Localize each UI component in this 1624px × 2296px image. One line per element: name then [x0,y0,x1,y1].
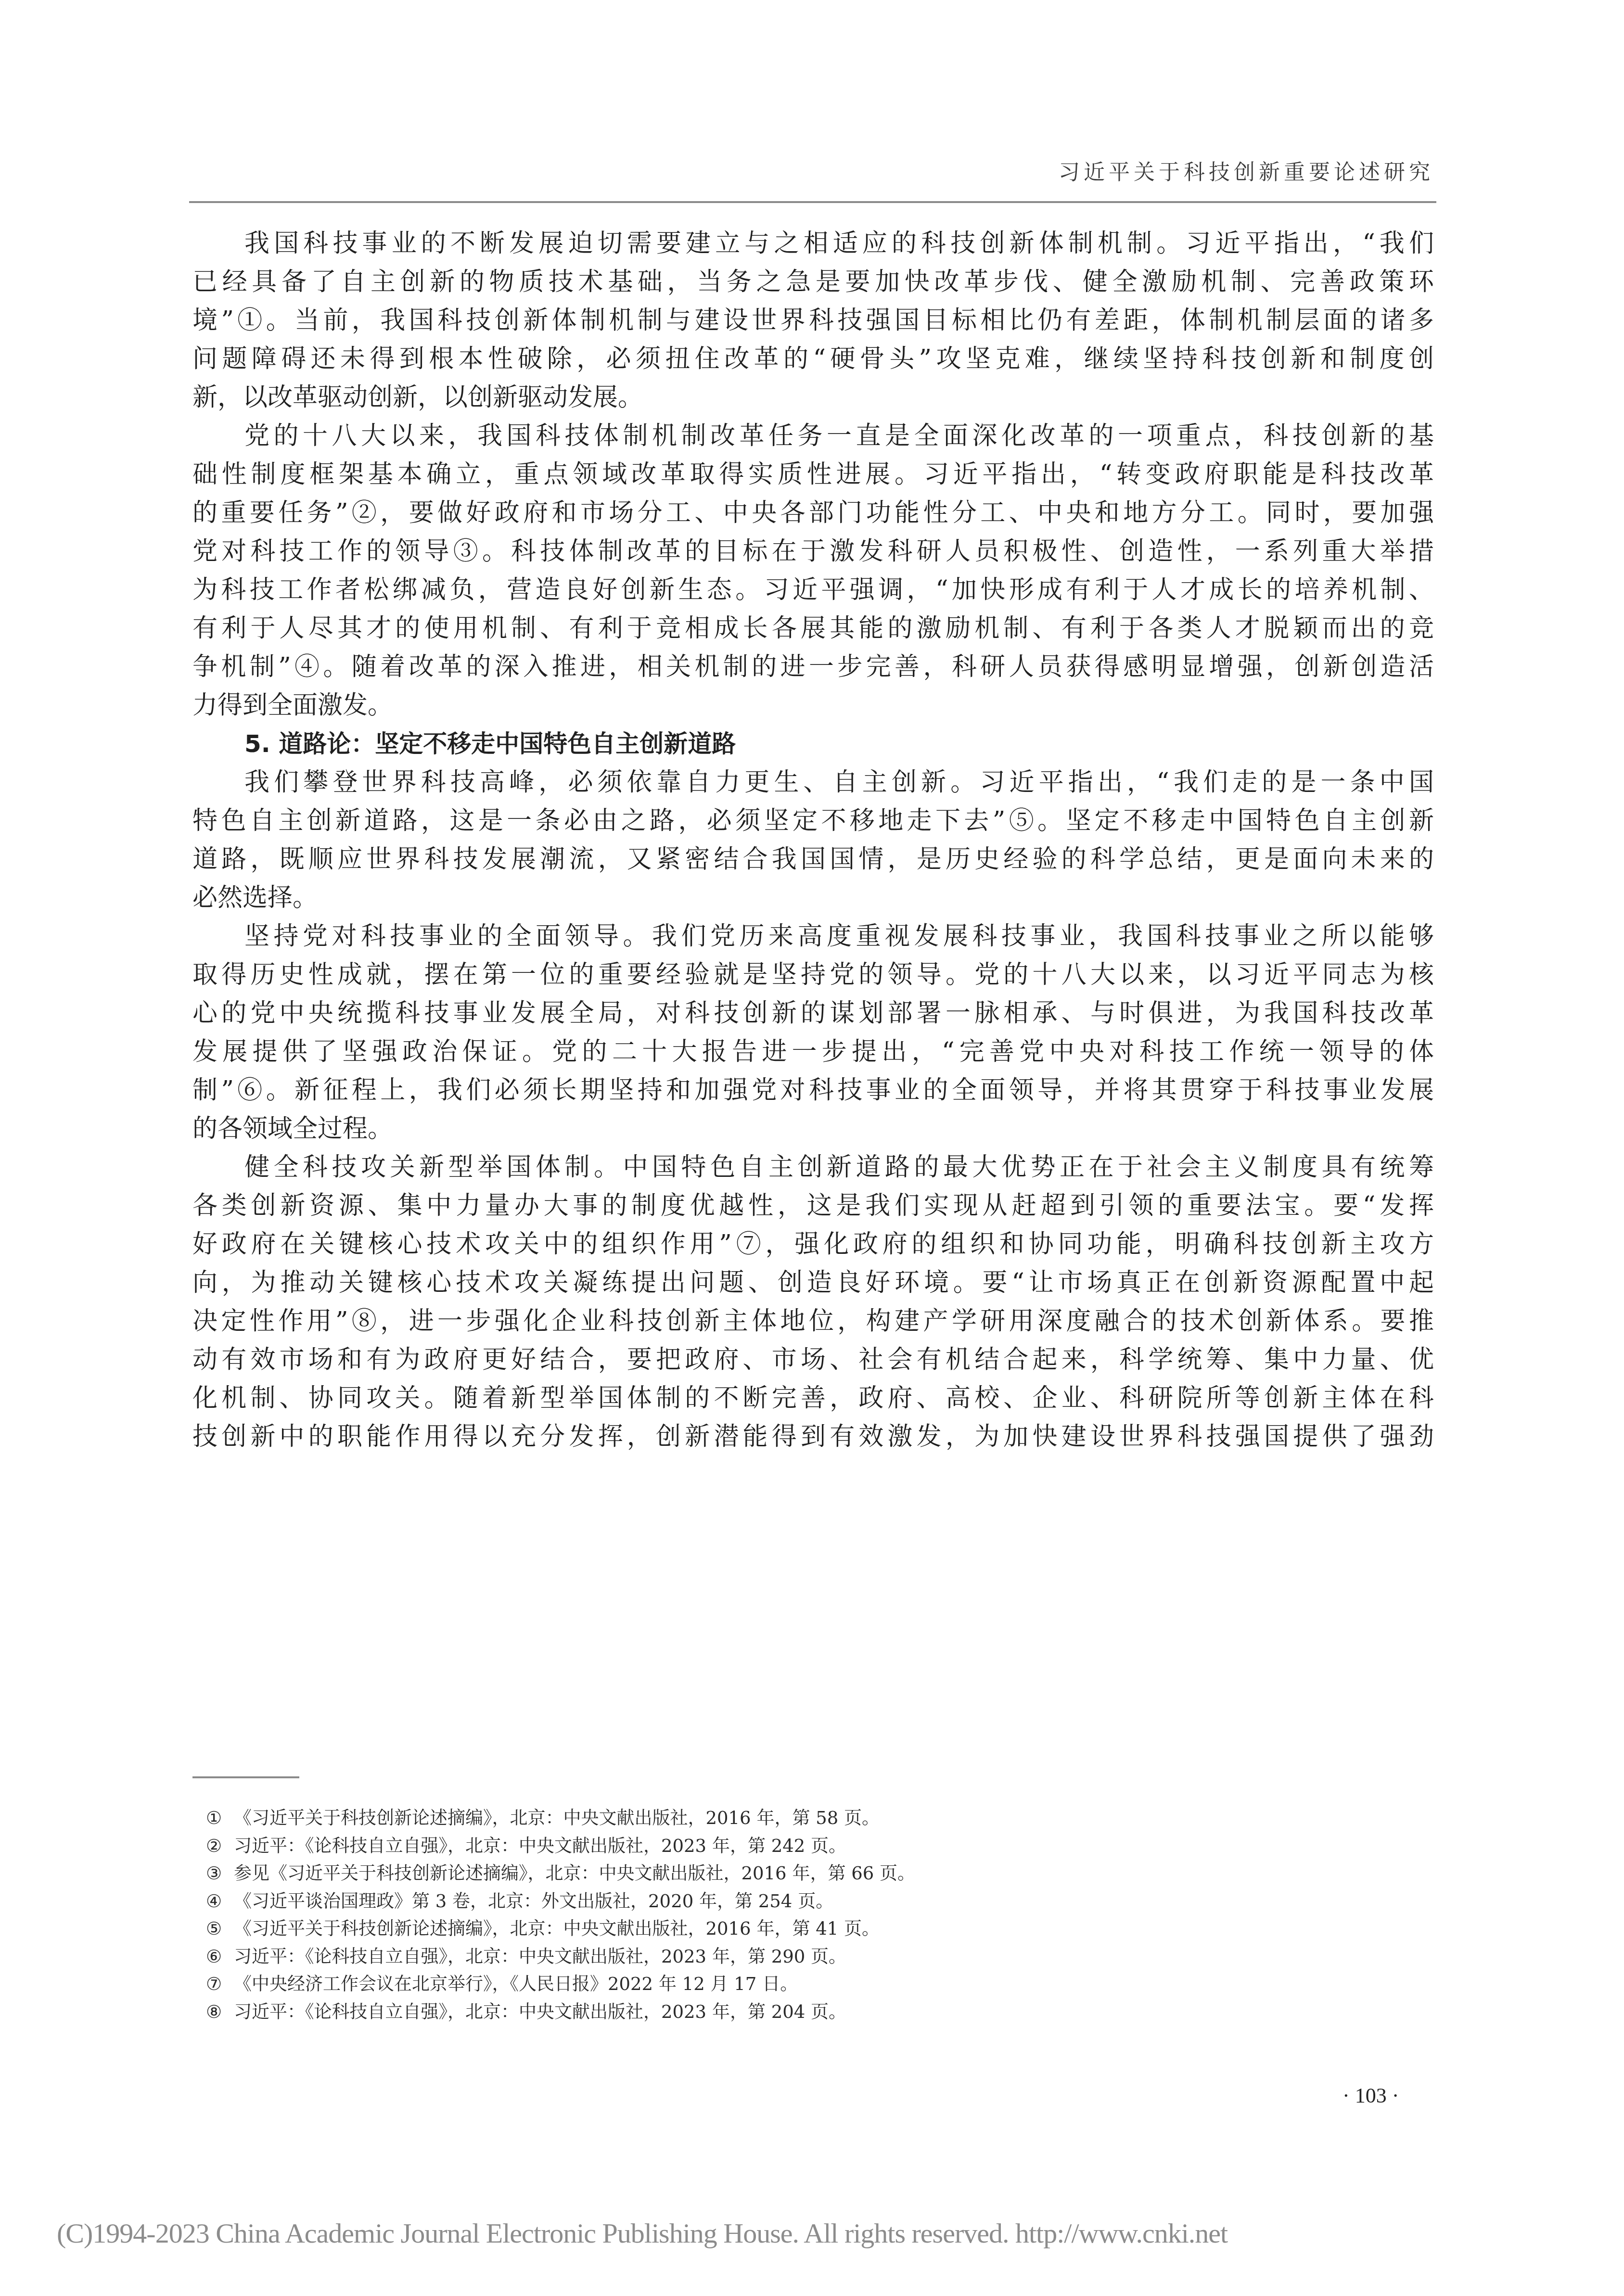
page-number: · 103 · [1343,2083,1399,2108]
footnote-text: 《习近平关于科技创新论述摘编》，北京：中央文献出版社，2016 年，第 58 页… [234,1808,880,1828]
paragraph-3: 我们攀登世界科技高峰，必须依靠自力更生、自主创新。习近平指出，“我们走的是一条中… [192,763,1434,917]
footnote-1: ①《习近平关于科技创新论述摘编》，北京：中央文献出版社，2016 年，第 58 … [206,1804,1409,1832]
footnote-text: 习近平：《论科技自立自强》，北京：中央文献出版社，2023 年，第 204 页。 [234,2002,846,2022]
footnote-text: 习近平：《论科技自立自强》，北京：中央文献出版社，2023 年，第 290 页。 [234,1946,846,1967]
text-line: 发展提供了坚强政治保证。党的二十大报告进一步提出，“完善党中央对科技工作统一领导… [192,1033,1434,1071]
footnote-7: ⑦《中央经济工作会议在北京举行》，《人民日报》2022 年 12 月 17 日。 [206,1970,1409,1998]
text-line: 健全科技攻关新型举国体制。中国特色自主创新道路的最大优势正在于社会主义制度具有统… [192,1148,1434,1186]
text-line: 新，以改革驱动创新，以创新驱动发展。 [192,378,1434,417]
text-line: 础性制度框架基本确立，重点领域改革取得实质性进展。习近平指出，“转变政府职能是科… [192,455,1434,494]
paragraph-1: 我国科技事业的不断发展迫切需要建立与之相适应的科技创新体制机制。习近平指出，“我… [192,224,1434,417]
footnote-2: ②习近平：《论科技自立自强》，北京：中央文献出版社，2023 年，第 242 页… [206,1832,1409,1860]
text-line: 的各领域全过程。 [192,1110,1434,1148]
paragraph-5: 健全科技攻关新型举国体制。中国特色自主创新道路的最大优势正在于社会主义制度具有统… [192,1148,1434,1456]
footnote-text: 《习近平关于科技创新论述摘编》，北京：中央文献出版社，2016 年，第 41 页… [234,1918,880,1939]
text-line: 问题障碍还未得到根本性破除，必须扭住改革的“硬骨头”攻坚克难，继续坚持科技创新和… [192,340,1434,378]
footnote-text: 《习近平谈治国理政》第 3 卷，北京：外文出版社，2020 年，第 254 页。 [234,1891,833,1912]
footnote-text: 习近平：《论科技自立自强》，北京：中央文献出版社，2023 年，第 242 页。 [234,1836,846,1856]
text-line: 化机制、协同攻关。随着新型举国体制的不断完善，政府、高校、企业、科研院所等创新主… [192,1379,1434,1417]
footnote-3: ③参见《习近平关于科技创新论述摘编》，北京：中央文献出版社，2016 年，第 6… [206,1860,1409,1888]
text-line: 取得历史性成就，摆在第一位的重要经验就是坚持党的领导。党的十八大以来，以习近平同… [192,956,1434,994]
footnote-separator [192,1776,299,1778]
text-line: 坚持党对科技事业的全面领导。我们党历来高度重视发展科技事业，我国科技事业之所以能… [192,917,1434,956]
text-line: 各类创新资源、集中力量办大事的制度优越性，这是我们实现从赶超到引领的重要法宝。要… [192,1186,1434,1225]
text-line: 党的十八大以来，我国科技体制机制改革任务一直是全面深化改革的一项重点，科技创新的… [192,417,1434,455]
header-rule [189,201,1436,203]
footnote-mark: ⑥ [206,1943,234,1971]
section-heading-text: 5. 道路论：坚定不移走中国特色自主创新道路 [192,725,1434,763]
footnote-mark: ① [206,1804,234,1832]
article-body: 我国科技事业的不断发展迫切需要建立与之相适应的科技创新体制机制。习近平指出，“我… [192,224,1434,1456]
paragraph-2: 党的十八大以来，我国科技体制机制改革任务一直是全面深化改革的一项重点，科技创新的… [192,417,1434,725]
text-line: 必然选择。 [192,879,1434,917]
text-line: 我国科技事业的不断发展迫切需要建立与之相适应的科技创新体制机制。习近平指出，“我… [192,224,1434,263]
text-line: 我们攀登世界科技高峰，必须依靠自力更生、自主创新。习近平指出，“我们走的是一条中… [192,763,1434,802]
text-line: 动有效市场和有为政府更好结合，要把政府、市场、社会有机结合起来，科学统筹、集中力… [192,1340,1434,1379]
text-line: 技创新中的职能作用得以充分发挥，创新潜能得到有效激发，为加快建设世界科技强国提供… [192,1417,1434,1456]
text-line: 向，为推动关键核心技术攻关凝练提出问题、创造良好环境。要“让市场真正在创新资源配… [192,1263,1434,1302]
footnote-mark: ⑤ [206,1915,234,1943]
section-heading: 5. 道路论：坚定不移走中国特色自主创新道路 [192,725,1434,763]
footnote-5: ⑤《习近平关于科技创新论述摘编》，北京：中央文献出版社，2016 年，第 41 … [206,1915,1409,1943]
footnote-mark: ⑧ [206,1998,234,2026]
text-line: 党对科技工作的领导③。科技体制改革的目标在于激发科研人员积极性、创造性，一系列重… [192,532,1434,571]
text-line: 心的党中央统揽科技事业发展全局，对科技创新的谋划部署一脉相承、与时俱进，为我国科… [192,994,1434,1033]
text-line: 有利于人尽其才的使用机制、有利于竞相成长各展其能的激励机制、有利于各类人才脱颖而… [192,609,1434,648]
text-line: 的重要任务”②，要做好政府和市场分工、中央各部门功能性分工、中央和地方分工。同时… [192,494,1434,532]
text-line: 制”⑥。新征程上，我们必须长期坚持和加强党对科技事业的全面领导，并将其贯穿于科技… [192,1071,1434,1110]
footnote-mark: ② [206,1832,234,1860]
footnote-text: 参见《习近平关于科技创新论述摘编》，北京：中央文献出版社，2016 年，第 66… [234,1863,915,1884]
footnote-mark: ④ [206,1888,234,1915]
text-line: 力得到全面激发。 [192,686,1434,725]
text-line: 道路，既顺应世界科技发展潮流，又紧密结合我国国情，是历史经验的科学总结，更是面向… [192,840,1434,879]
footnote-mark: ⑦ [206,1970,234,1998]
text-line: 境”①。当前，我国科技创新体制机制与建设世界科技强国目标相比仍有差距，体制机制层… [192,301,1434,340]
footnote-text: 《中央经济工作会议在北京举行》，《人民日报》2022 年 12 月 17 日。 [234,1974,798,1994]
footnote-6: ⑥习近平：《论科技自立自强》，北京：中央文献出版社，2023 年，第 290 页… [206,1943,1409,1971]
text-line: 决定性作用”⑧，进一步强化企业科技创新主体地位，构建产学研用深度融合的技术创新体… [192,1302,1434,1340]
footnotes: ①《习近平关于科技创新论述摘编》，北京：中央文献出版社，2016 年，第 58 … [206,1804,1409,2026]
text-line: 好政府在关键核心技术攻关中的组织作用”⑦，强化政府的组织和协同功能，明确科技创新… [192,1225,1434,1263]
footnote-mark: ③ [206,1860,234,1888]
text-line: 特色自主创新道路，这是一条必由之路，必须坚定不移地走下去”⑤。坚定不移走中国特色… [192,802,1434,840]
text-line: 为科技工作者松绑减负，营造良好创新生态。习近平强调，“加快形成有利于人才成长的培… [192,571,1434,609]
text-line: 争机制”④。随着改革的深入推进，相关机制的进一步完善，科研人员获得感明显增强，创… [192,648,1434,686]
text-line: 已经具备了自主创新的物质技术基础，当务之急是要加快改革步伐、健全激励机制、完善政… [192,263,1434,301]
running-header-title: 习近平关于科技创新重要论述研究 [1059,155,1434,186]
paragraph-4: 坚持党对科技事业的全面领导。我们党历来高度重视发展科技事业，我国科技事业之所以能… [192,917,1434,1148]
footnote-8: ⑧习近平：《论科技自立自强》，北京：中央文献出版社，2023 年，第 204 页… [206,1998,1409,2026]
footnote-4: ④《习近平谈治国理政》第 3 卷，北京：外文出版社，2020 年，第 254 页… [206,1888,1409,1915]
copyright-notice: (C)1994-2023 China Academic Journal Elec… [57,2217,1228,2249]
